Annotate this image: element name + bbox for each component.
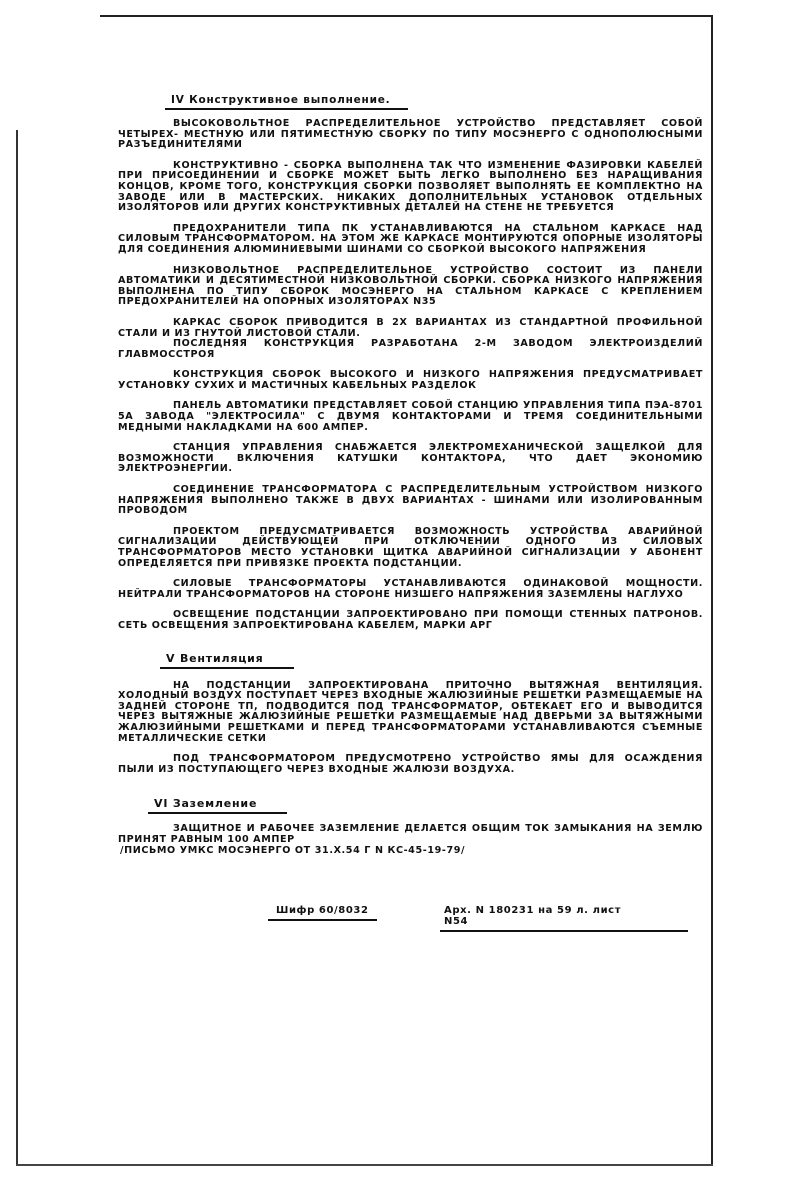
paragraph: Защитное и рабочее заземление делается о… (118, 824, 703, 845)
paragraph: Соединение трансформатора с распределите… (118, 485, 703, 517)
page-border-bottom (16, 1164, 713, 1166)
paragraph: Конструктивно - сборка выполнена так что… (118, 161, 703, 214)
section-vi: VI Заземление Защитное и рабочее заземле… (118, 785, 703, 856)
cipher-code: Шифр 60/8032 (268, 905, 377, 921)
paragraph: Под трансформатором предусмотрено устрой… (118, 754, 703, 775)
paragraph: Силовые трансформаторы устанавливаются о… (118, 579, 703, 600)
section-heading-iv: IV Конструктивное выполнение. (165, 94, 408, 110)
paragraph: Последняя конструкция разработана 2-м за… (118, 339, 703, 360)
reference-note: /письмо УМКС Мосэнерго от 31.X.54 г N КС… (118, 846, 703, 857)
document-body: IV Конструктивное выполнение. Высоковоль… (118, 88, 703, 856)
section-v: V Вентиляция На подстанции запроектирова… (118, 642, 703, 776)
paragraph: Конструкция сборок высокого и низкого на… (118, 370, 703, 391)
section-heading-v: V Вентиляция (160, 652, 294, 669)
page-border-right (711, 15, 713, 1165)
paragraph: Низковольтное распределительное устройст… (118, 266, 703, 308)
paragraph: Освещение подстанции запроектировано при… (118, 610, 703, 631)
section-heading-vi: VI Заземление (148, 797, 287, 814)
archive-number: Арх. N 180231 на 59 л. лист N54 (440, 905, 688, 932)
paragraph: Проектом предусматривается возможность у… (118, 527, 703, 569)
paragraph: Высоковольтное распределительное устройс… (118, 119, 703, 151)
paragraph: На подстанции запроектирована приточно в… (118, 681, 703, 745)
section-iv: IV Конструктивное выполнение. Высоковоль… (118, 88, 703, 632)
page-border-left (16, 130, 18, 1165)
paragraph: Панель автоматики представляет собой ста… (118, 401, 703, 433)
paragraph: Станция управления снабжается электромех… (118, 443, 703, 475)
paragraph: Предохранители типа ПК устанавливаются н… (118, 224, 703, 256)
paragraph: Каркас сборок приводится в 2х вариантах … (118, 318, 703, 339)
page-border-top (100, 15, 712, 17)
